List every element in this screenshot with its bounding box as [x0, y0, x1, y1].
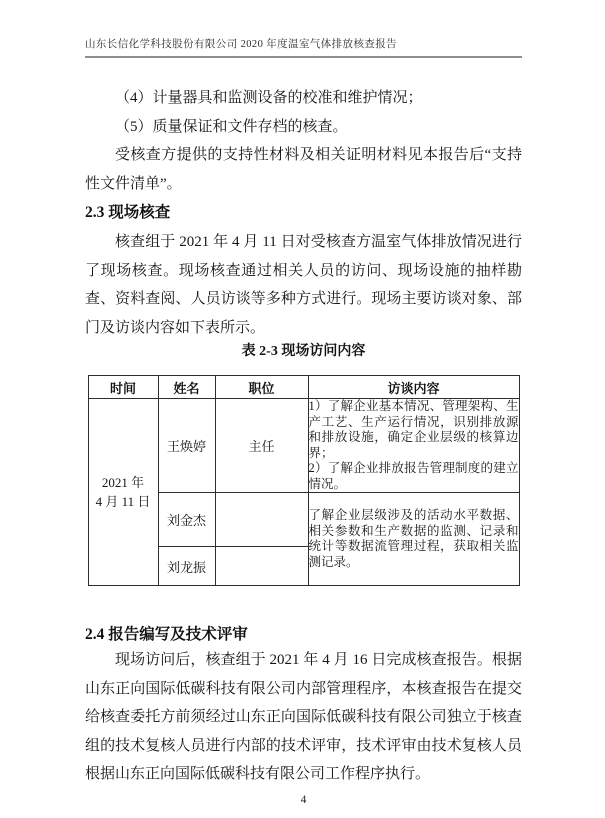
section-2-3-heading: 2.3 现场核查 [85, 203, 522, 223]
interview-content-cell: 1）了解企业基本情况、管理架构、生产工艺、生产运行情况，识别排放源和排放设施，确… [308, 399, 519, 493]
column-header-name: 姓名 [158, 376, 215, 399]
interviewee-position [215, 547, 308, 586]
section-2-4-heading: 2.4 报告编写及技术评审 [85, 625, 522, 645]
interviewee-position [215, 493, 308, 547]
table-caption: 表 2-3 现场访问内容 [85, 344, 522, 360]
document-page: 山东长信化学科技股份有限公司 2020 年度温室气体排放核查报告 （4）计量器具… [0, 0, 605, 818]
interviewee-name: 王焕婷 [158, 399, 215, 493]
interviewee-position: 主任 [215, 399, 308, 493]
list-item-5: （5）质量保证和文件存档的核查。 [85, 113, 522, 142]
column-header-interview-content: 访谈内容 [308, 376, 519, 399]
interviewee-name: 刘龙振 [158, 547, 215, 586]
interviewee-name: 刘金杰 [158, 493, 215, 547]
table-header-row: 时间 姓名 职位 访谈内容 [88, 376, 519, 399]
interview-content-item-1: 1）了解企业基本情况、管理架构、生产工艺、生产运行情况，识别排放源和排放设施，确… [309, 399, 519, 461]
column-header-position: 职位 [215, 376, 308, 399]
table-row: 2021 年 4 月 11 日 王焕婷 主任 1）了解企业基本情况、管理架构、生… [88, 399, 519, 493]
visit-date-cell: 2021 年 4 月 11 日 [88, 399, 158, 586]
list-item-4: （4）计量器具和监测设备的校准和维护情况； [85, 84, 522, 113]
section-2-2-remainder: （4）计量器具和监测设备的校准和维护情况； （5）质量保证和文件存档的核查。 受… [85, 84, 522, 198]
section-2-3-paragraph: 核查组于 2021 年 4 月 11 日对受核查方温室气体排放情况进行了现场核查… [85, 228, 522, 342]
interview-content-item-2: 2）了解企业排放报告管理制度的建立情况。 [309, 461, 519, 492]
visit-date-line1: 2021 年 [89, 473, 158, 492]
paragraph-supporting-materials: 受核查方提供的支持性材料及相关证明材料见本报告后“支持性文件清单”。 [85, 141, 522, 198]
site-visit-table: 时间 姓名 职位 访谈内容 2021 年 4 月 11 日 王焕婷 主任 1）了… [88, 375, 520, 586]
page-header: 山东长信化学科技股份有限公司 2020 年度温室气体排放核查报告 [85, 36, 522, 58]
page-number: 4 [85, 792, 522, 808]
section-2-4-paragraph: 现场访问后，核查组于 2021 年 4 月 16 日完成核查报告。根据山东正向国… [85, 646, 522, 789]
column-header-time: 时间 [88, 376, 158, 399]
interview-content-cell: 了解企业层级涉及的活动水平数据、相关参数和生产数据的监测、记录和统计等数据流管理… [308, 493, 519, 586]
visit-date-line2: 4 月 11 日 [89, 492, 158, 511]
